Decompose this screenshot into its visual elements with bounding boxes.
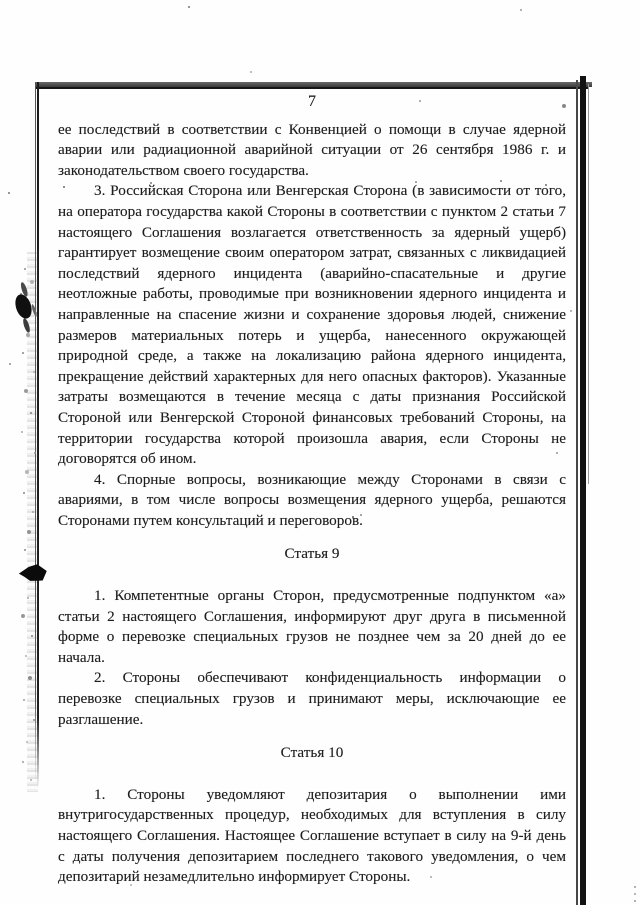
- paragraph-item-3: 3. Российская Сторона или Венгерская Сто…: [58, 181, 566, 469]
- frame-right-border: [580, 76, 586, 905]
- frame-top-border-inner: [35, 87, 588, 89]
- heading-article-9: Статья 9: [58, 544, 566, 565]
- paragraph-continuation: ее последствий в соответствии с Конвенци…: [58, 120, 566, 182]
- frame-right-border-outer: [588, 84, 589, 484]
- scan-speckle-noise: [0, 0, 2, 2]
- paragraph-article9-item-1: 1. Компетентные органы Сторон, предусмот…: [58, 586, 566, 668]
- paragraph-article9-item-2: 2. Стороны обеспечивают конфиденциальнос…: [58, 668, 566, 730]
- heading-article-10: Статья 10: [58, 743, 566, 764]
- page-number: 7: [58, 92, 566, 113]
- document-body: 7 ее последствий в соответствии с Конвен…: [58, 92, 566, 888]
- frame-right-border-inner: [576, 80, 578, 905]
- paragraph-article10-item-1: 1. Стороны уведомляют депозитария о выпо…: [58, 785, 566, 888]
- scanned-document-page: 7 ее последствий в соответствии с Конвен…: [0, 0, 640, 905]
- binding-spine-shadow: [27, 252, 38, 792]
- paragraph-item-4: 4. Спорные вопросы, возникающие между Ст…: [58, 470, 566, 532]
